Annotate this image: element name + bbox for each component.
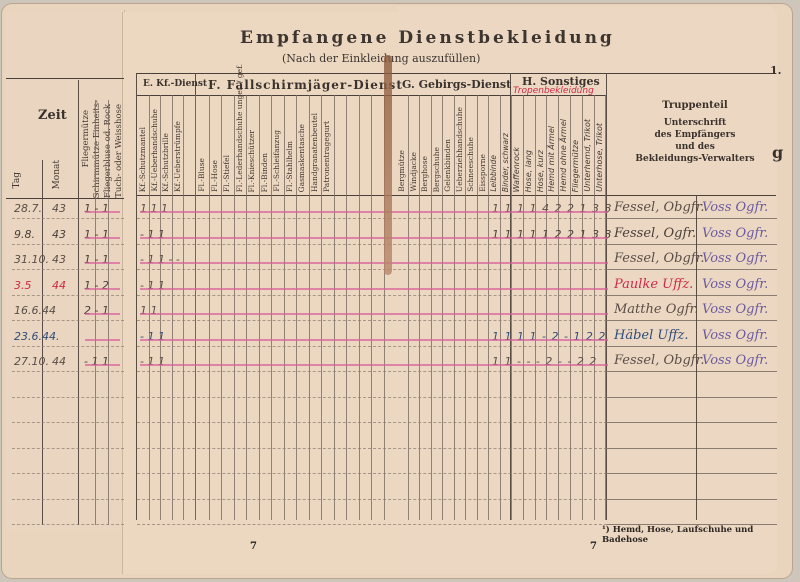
- entry-tag: 27.10.: [14, 355, 49, 368]
- rule: [6, 78, 124, 79]
- left-main-page: [122, 12, 398, 574]
- row-dots: [137, 371, 607, 372]
- signature-clerk: Voss Ogfr.: [702, 226, 768, 241]
- red-strike: [140, 364, 608, 366]
- red-strike: [140, 339, 608, 341]
- column-header-g: Berghose: [420, 156, 429, 192]
- row-rule: [607, 218, 777, 219]
- rule: [371, 95, 372, 520]
- column-header-h: Fliegermütze: [571, 140, 580, 192]
- entry-monat: 43: [52, 202, 66, 215]
- red-strike: [85, 262, 120, 264]
- column-header-f: Fl.-Knieschützer: [247, 130, 256, 193]
- column-header-f: Fl.-Binden: [260, 153, 269, 192]
- column-header-h: Unterhemd, Trikot: [583, 119, 592, 192]
- signature-header-line5: Bekleidungs-Verwalters: [615, 154, 775, 164]
- entry-h-marks: 1 1 1 1 1 2 2 1 3 3: [492, 228, 612, 241]
- signature-header-line3: des Empfängers: [615, 130, 775, 140]
- entry-tag: 31.10.: [14, 253, 49, 266]
- col-tuchhose: Tuch- oder Weisshose: [114, 104, 124, 198]
- signature-issuer: Matthe Ogfr.: [614, 302, 698, 317]
- rule: [346, 95, 347, 520]
- page-number-left: 7: [250, 541, 257, 552]
- entry-monat: 43: [52, 228, 66, 241]
- column-header-f: Handgranatenbeutel: [310, 113, 319, 192]
- signature-issuer: Häbel Uffz.: [614, 328, 689, 343]
- column-header-h: Hose, kurz: [536, 150, 545, 192]
- column-header-h: Hose, lang: [524, 150, 533, 192]
- red-strike: [140, 313, 608, 315]
- entry-h-marks: 1 1 1 1 4 2 2 1 3 3: [492, 202, 612, 215]
- monat-label: Monat: [52, 160, 62, 189]
- column-header-g: Leibbinde: [489, 155, 498, 192]
- row-rule: [607, 244, 777, 245]
- entry-left-marks: 1 - 1: [84, 202, 109, 215]
- column-header-e: Kf.-Ueberstrümpfe: [173, 121, 182, 192]
- entry-e-marks: - 1 1: [140, 355, 165, 368]
- row-dots: [137, 397, 607, 398]
- rule: [136, 73, 137, 520]
- entry-monat: 44: [52, 355, 66, 368]
- binding-thread: [384, 55, 392, 275]
- row-dots: [12, 524, 124, 525]
- entry-left-marks: - 1 1: [84, 355, 109, 368]
- row-dots: [137, 346, 607, 347]
- red-strike: [140, 211, 608, 213]
- rule: [42, 160, 43, 525]
- red-strike: [85, 313, 120, 315]
- red-strike: [85, 237, 120, 239]
- tag-label: Tag: [12, 172, 22, 188]
- column-header-e: Kf.-Schutzmantel: [138, 127, 147, 192]
- rule: [209, 95, 210, 520]
- row-dots: [12, 269, 124, 270]
- signature-clerk: Voss Ogfr.: [702, 200, 768, 215]
- row-dots: [12, 218, 124, 219]
- page-subtitle: (Nach der Einkleidung auszufüllen): [282, 52, 480, 65]
- row-dots: [12, 295, 124, 296]
- signature-clerk: Voss Ogfr.: [702, 328, 768, 343]
- column-header-g: Binder, schwarz: [501, 133, 510, 192]
- signature-header-line2: Unterschrift: [615, 118, 775, 128]
- row-dots: [137, 295, 607, 296]
- entry-tag: 16.6.44: [14, 304, 56, 317]
- entry-left-marks: 1 - 1: [84, 253, 109, 266]
- section-e-header: E. Kf.-Dienst: [143, 79, 207, 89]
- column-header-f: Fl.-Hose: [210, 160, 219, 192]
- entry-e-marks: - 1 1 - -: [140, 253, 180, 266]
- signature-header-truppenteil: Truppenteil: [615, 100, 775, 111]
- column-header-g: Gelenkbinden: [443, 139, 452, 192]
- row-rule: [607, 346, 777, 347]
- column-header-e: Kf.-Schutzbrille: [161, 133, 170, 192]
- row-dots: [137, 218, 607, 219]
- column-header-h: Hemd mit Ärmel: [547, 126, 556, 192]
- zeit-label: Zeit: [38, 108, 67, 123]
- col-schirmmuetze: Schirmmütze Einheits-: [92, 100, 102, 198]
- row-rule: [607, 473, 777, 474]
- row-dots: [12, 499, 124, 500]
- row-dots: [137, 269, 607, 270]
- signature-issuer: Fessel, Ogfr.: [614, 226, 696, 241]
- rule: [605, 95, 606, 520]
- row-rule: [607, 397, 777, 398]
- column-header-e: Kf.-Ueberhandschuhe: [150, 109, 159, 192]
- row-dots: [12, 473, 124, 474]
- rule: [136, 73, 776, 74]
- row-dots: [12, 397, 124, 398]
- row-rule: [607, 371, 777, 372]
- row-dots: [137, 422, 607, 423]
- column-header-f: Fl.-Bluse: [197, 158, 206, 192]
- row-rule: [607, 269, 777, 270]
- row-dots: [137, 448, 607, 449]
- column-header-f: Fl.-Stahlhelm: [285, 141, 294, 192]
- row-rule: [607, 448, 777, 449]
- row-dots: [12, 371, 124, 372]
- entry-left-marks: 2 - 1: [84, 304, 109, 317]
- row-dots: [137, 473, 607, 474]
- column-header-g: Schneeschuhe: [466, 137, 475, 192]
- page-number-right: 7: [590, 541, 597, 552]
- column-header-g: Bergmütze: [397, 150, 406, 192]
- entry-e-marks: - 1 1: [140, 330, 165, 343]
- entry-tag: 3.5: [14, 279, 32, 292]
- entry-e-marks: 1 1 1: [140, 202, 168, 215]
- red-strike: [140, 262, 608, 264]
- footnote: ¹) Hemd, Hose, Laufschuhe und Badehose: [602, 525, 800, 545]
- row-dots: [137, 320, 607, 321]
- red-strike: [85, 211, 120, 213]
- entry-monat: 44: [52, 279, 66, 292]
- rule: [78, 80, 79, 525]
- column-header-f: Fl.-Schleifanzug: [272, 130, 281, 192]
- entry-e-marks: 1 1: [140, 304, 158, 317]
- column-header-h: Unterhose, Trikot: [595, 123, 604, 192]
- signature-clerk: Voss Ogfr.: [702, 277, 768, 292]
- entry-left-marks: 1 - 1: [84, 228, 109, 241]
- entry-tag: 9.8.: [14, 228, 35, 241]
- signature-clerk: Voss Ogfr.: [702, 353, 768, 368]
- column-header-f: Patronentragegurt: [322, 121, 331, 192]
- column-header-f: Fl.-Lederhandschuhe ungef. / gef.: [235, 64, 244, 192]
- signature-issuer: Fessel, Obgfr.: [614, 251, 705, 266]
- rule: [6, 198, 124, 199]
- signature-clerk: Voss Ogfr.: [702, 251, 768, 266]
- page-title: Empfangene Dienstbekleidung: [240, 28, 615, 48]
- section-g-header: G. Gebirgs-Dienst: [402, 78, 511, 91]
- col-fliegermuetze: Fliegermütze: [81, 110, 91, 167]
- entry-h-marks: 1 1 1 1 - 2 - 1 2 2: [492, 330, 606, 343]
- row-dots: [12, 244, 124, 245]
- row-rule: [607, 320, 777, 321]
- row-dots: [12, 346, 124, 347]
- edge-mark: g: [772, 143, 783, 162]
- row-dots: [137, 499, 607, 500]
- column-header-f: Fl.-Stiefel: [222, 155, 231, 192]
- row-dots: [12, 320, 124, 321]
- red-strike: [140, 237, 608, 239]
- rule: [334, 95, 335, 520]
- red-strike: [85, 288, 120, 290]
- entry-e-marks: - 1 1: [140, 279, 165, 292]
- signature-issuer: Paulke Uffz.: [614, 277, 693, 292]
- column-header-g: Bergschuhe: [432, 147, 441, 192]
- signature-issuer: Fessel, Obgfr.: [614, 353, 705, 368]
- signature-header-line4: und des: [615, 142, 775, 152]
- rule: [195, 95, 196, 520]
- rule: [136, 195, 776, 196]
- entry-tag: 23.6.44.: [14, 330, 59, 343]
- red-strike: [85, 364, 120, 366]
- row-dots: [12, 422, 124, 423]
- signature-clerk: Voss Ogfr.: [702, 302, 768, 317]
- column-header-g: Eissporne: [478, 154, 487, 192]
- entry-left-marks: 1 - 2: [84, 279, 109, 292]
- row-dots: [12, 448, 124, 449]
- column-header-h: Hemd ohne Ärmel: [559, 119, 568, 192]
- row-dots: [137, 244, 607, 245]
- rule: [183, 95, 184, 520]
- row-rule: [607, 295, 777, 296]
- signature-issuer: Fessel, Obgfr.: [614, 200, 705, 215]
- red-strike: [140, 288, 608, 290]
- column-header-g: Ueberziehhandschuhe: [455, 107, 464, 192]
- column-header-f: Gasmaskentasche: [297, 124, 306, 192]
- row-rule: [607, 422, 777, 423]
- edge-mark: 1.: [770, 64, 781, 77]
- entry-h-marks: 1 1 - - - 2 - - 2 2: [492, 355, 597, 368]
- entry-monat: 43: [52, 253, 66, 266]
- column-header-g: Windjacke: [409, 152, 418, 192]
- column-header-h: Waffenrock: [512, 147, 521, 192]
- red-strike: [85, 339, 120, 341]
- rule: [359, 95, 360, 520]
- entry-tag: 28.7.: [14, 202, 42, 215]
- row-rule: [607, 499, 777, 500]
- entry-e-marks: - 1 1: [140, 228, 165, 241]
- row-dots: [137, 524, 607, 525]
